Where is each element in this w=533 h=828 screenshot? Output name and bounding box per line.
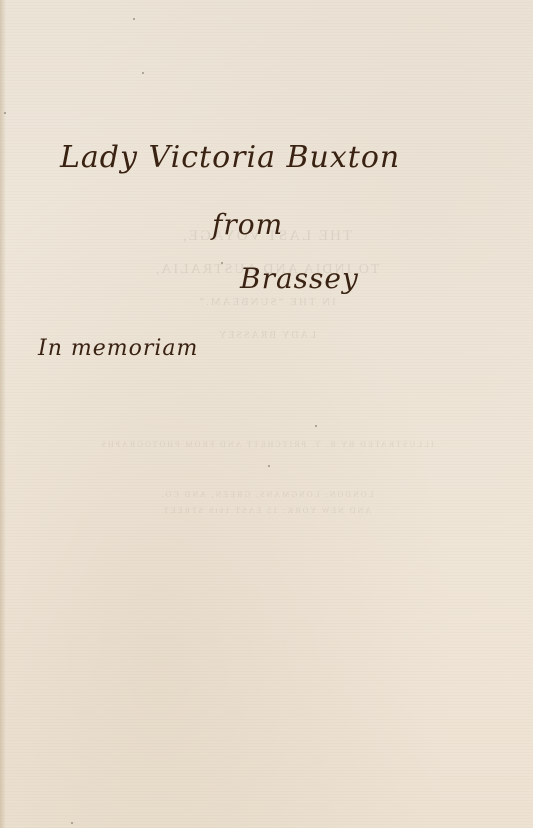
paper-fleck [4, 112, 6, 114]
inscription-recipient: Lady Victoria Buxton [60, 140, 400, 175]
paper-fleck [221, 262, 223, 264]
inscription-from: from [212, 208, 283, 241]
showthrough-ship: IN THE “SUNBEAM.” [0, 296, 533, 308]
paper-fleck [268, 465, 270, 467]
showthrough-address: AND NEW YORK: 15 EAST 16th STREET [0, 506, 533, 515]
showthrough-publisher: LONDON: LONGMANS, GREEN, AND CO. [0, 490, 533, 499]
paper-fleck [71, 822, 73, 824]
paper-fleck [315, 425, 317, 427]
paper-fleck [142, 72, 144, 74]
book-page: THE LAST VOYAGE, TO INDIA AND AUSTRALIA,… [0, 0, 533, 828]
paper-fleck [133, 18, 135, 20]
inscription-in-memoriam: In memoriam [38, 336, 198, 361]
gutter-shadow [0, 0, 6, 828]
inscription-signature: Brassey [240, 262, 359, 295]
showthrough-illustrations: ILLUSTRATED BY R. T. PRITCHETT AND FROM … [0, 440, 533, 449]
